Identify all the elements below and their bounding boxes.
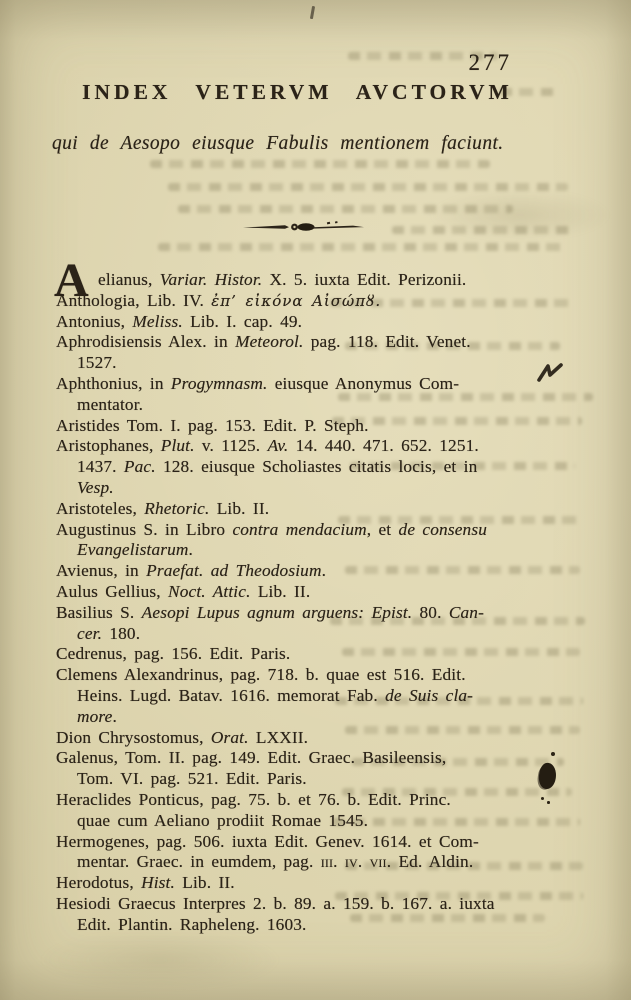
show-through-mark <box>150 160 490 168</box>
text-segment: Avienus, in <box>56 561 146 580</box>
index-line: Cedrenus, pag. 156. Edit. Paris. <box>56 644 578 665</box>
show-through-mark <box>168 183 568 191</box>
index-line: Antonius, Meliss. Lib. I. cap. 49. <box>56 312 578 333</box>
text-segment: Aphthonius, in <box>56 374 171 393</box>
index-line: Hermogenes, pag. 506. iuxta Edit. Genev.… <box>56 832 578 853</box>
index-line: Vesp. <box>56 478 578 499</box>
show-through-mark <box>392 226 572 234</box>
index-line: Aphthonius, in Progymnasm. eiusque Anony… <box>56 374 578 395</box>
text-segment: Lib. II. <box>251 582 311 601</box>
text-segment: Lib. II. <box>175 873 235 892</box>
text-segment: Variar. Histor. <box>160 270 263 289</box>
text-segment: ἐπ’ εἰκόνα Αἰσώπȣ. <box>211 292 381 310</box>
index-line: Aristides Tom. I. pag. 153. Edit. P. Ste… <box>56 416 578 437</box>
text-segment: Can- <box>449 603 484 622</box>
text-segment: X. 5. iuxta Edit. Perizonii. <box>262 270 466 289</box>
text-segment: de consensu <box>399 520 487 539</box>
text-segment: Praefat. ad Theodosium <box>146 561 321 580</box>
index-line: 1437. Pac. 128. eiusque Scholiastes cita… <box>56 457 578 478</box>
index-line: Hesiodi Graecus Interpres 2. b. 89. a. 1… <box>56 894 578 915</box>
text-segment: quae cum Aeliano prodiit Romae 1545. <box>77 811 368 830</box>
text-segment: Aristophanes, <box>56 436 161 455</box>
index-line: Herodotus, Hist. Lib. II. <box>56 873 578 894</box>
index-line: elianus, Variar. Histor. X. 5. iuxta Edi… <box>56 270 578 291</box>
text-segment: Anthologia, Lib. IV. <box>56 291 211 310</box>
index-line: Clemens Alexandrinus, pag. 718. b. quae … <box>56 665 578 686</box>
index-line: Aristophanes, Plut. v. 1125. Av. 14. 440… <box>56 436 578 457</box>
book-page: 277 INDEX VETERVM AVCTORVM qui de Aesopo… <box>0 0 631 1000</box>
text-segment: . <box>112 707 116 726</box>
text-segment: Orat. <box>211 728 249 747</box>
text-segment: Heraclides Ponticus, pag. 75. b. et 76. … <box>56 790 451 809</box>
text-segment: , et <box>367 520 399 539</box>
text-segment: Basilius S. <box>56 603 142 622</box>
text-segment: 14. 440. 471. 652. 1251. <box>288 436 479 455</box>
text-segment: Galenus, Tom. II. pag. 149. Edit. Graec.… <box>56 748 446 767</box>
index-line: 1527. <box>56 353 578 374</box>
text-segment: Augustinus S. in Libro <box>56 520 232 539</box>
ink-speck <box>551 752 555 756</box>
text-segment: Herodotus, <box>56 873 141 892</box>
text-segment: Heins. Lugd. Batav. 1616. memorat Fab. <box>77 686 385 705</box>
text-segment: elianus, <box>98 270 160 289</box>
text-segment: contra mendacium <box>232 520 366 539</box>
stray-mark <box>310 6 315 19</box>
text-segment: 1437. <box>77 457 124 476</box>
index-line: Galenus, Tom. II. pag. 149. Edit. Graec.… <box>56 748 578 769</box>
text-segment: Progymnasm. <box>171 374 268 393</box>
text-segment: Ed. Aldin. <box>391 852 473 871</box>
text-segment: iii. iv. vii. <box>321 852 391 871</box>
text-segment: 80. <box>412 603 449 622</box>
text-segment: LXXII. <box>249 728 309 747</box>
text-segment: pag. 118. Edit. Venet. <box>303 332 470 351</box>
index-line: mentar. Graec. in eumdem, pag. iii. iv. … <box>56 852 578 873</box>
text-segment: Lib. II. <box>209 499 269 518</box>
text-segment: de Suis cla- <box>385 686 473 705</box>
text-segment: Hermogenes, pag. 506. iuxta Edit. Genev.… <box>56 832 479 851</box>
text-segment: Hesiodi Graecus Interpres 2. b. 89. a. 1… <box>56 894 495 913</box>
text-segment: Rhetoric. <box>144 499 209 518</box>
text-segment: mentar. Graec. in eumdem, pag. <box>77 852 321 871</box>
text-segment: Cedrenus, pag. 156. Edit. Paris. <box>56 644 290 663</box>
text-segment: Noct. Attic. <box>168 582 251 601</box>
text-segment: Av. <box>268 436 289 455</box>
ink-smudge <box>536 361 563 384</box>
text-segment <box>364 603 371 622</box>
index-line: Evangelistarum. <box>56 540 578 561</box>
text-segment: Aristides Tom. I. pag. 153. Edit. P. Ste… <box>56 416 369 435</box>
text-segment: cer. <box>77 624 102 643</box>
text-segment: 1527. <box>77 353 117 372</box>
text-segment: Aphrodisiensis Alex. in <box>56 332 235 351</box>
page-number: 277 <box>420 50 512 76</box>
text-segment: Hist. <box>141 873 175 892</box>
text-segment: Aesopi Lupus agnum arguens: <box>142 603 365 622</box>
index-line: Basilius S. Aesopi Lupus agnum arguens: … <box>56 603 578 624</box>
index-line: Dion Chrysostomus, Orat. LXXII. <box>56 728 578 749</box>
index-line: Aristoteles, Rhetoric. Lib. II. <box>56 499 578 520</box>
paper-stain <box>40 930 280 990</box>
text-segment: 128. eiusque Scholiastes citatis locis, … <box>156 457 478 476</box>
text-segment: Clemens Alexandrinus, pag. 718. b. quae … <box>56 665 466 684</box>
text-segment: Epist. <box>372 603 413 622</box>
text-segment: v. 1125. <box>195 436 268 455</box>
text-segment: eiusque Anonymus Com- <box>267 374 459 393</box>
show-through-mark <box>178 205 513 213</box>
text-segment: . <box>189 540 193 559</box>
index-line: Heraclides Ponticus, pag. 75. b. et 76. … <box>56 790 578 811</box>
text-segment: 180. <box>102 624 140 643</box>
text-segment: Meteorol. <box>235 332 303 351</box>
ink-speck <box>541 797 544 800</box>
text-segment: Edit. Plantin. Rapheleng. 1603. <box>77 915 307 934</box>
index-line: Aphrodisiensis Alex. in Meteorol. pag. 1… <box>56 332 578 353</box>
index-line: Augustinus S. in Libro contra mendacium,… <box>56 520 578 541</box>
text-segment: mentator. <box>77 395 143 414</box>
show-through-mark <box>158 243 563 251</box>
text-segment: Dion Chrysostomus, <box>56 728 211 747</box>
page-title: INDEX VETERVM AVCTORVM <box>10 80 585 105</box>
index-line: Heins. Lugd. Batav. 1616. memorat Fab. d… <box>56 686 578 707</box>
index-line: quae cum Aeliano prodiit Romae 1545. <box>56 811 578 832</box>
text-segment: Vesp. <box>77 478 114 497</box>
text-segment: Tom. VI. pag. 521. Edit. Paris. <box>77 769 307 788</box>
index-line: Edit. Plantin. Rapheleng. 1603. <box>56 915 578 936</box>
ink-speck <box>547 801 550 804</box>
index-line: cer. 180. <box>56 624 578 645</box>
text-segment: Meliss. <box>132 312 183 331</box>
index-line: more. <box>56 707 578 728</box>
text-segment: Lib. I. cap. 49. <box>183 312 302 331</box>
text-segment: Aulus Gellius, <box>56 582 168 601</box>
text-segment: Plut. <box>161 436 195 455</box>
text-segment: Pac. <box>124 457 156 476</box>
index-list: elianus, Variar. Histor. X. 5. iuxta Edi… <box>56 270 578 936</box>
index-line: Aulus Gellius, Noct. Attic. Lib. II. <box>56 582 578 603</box>
text-segment: . <box>322 561 326 580</box>
index-line: Anthologia, Lib. IV. ἐπ’ εἰκόνα Αἰσώπȣ. <box>56 291 578 312</box>
text-segment: Evangelistarum <box>77 540 189 559</box>
index-line: Tom. VI. pag. 521. Edit. Paris. <box>56 769 578 790</box>
text-segment: Aristoteles, <box>56 499 144 518</box>
text-segment: more <box>77 707 112 726</box>
index-line: Avienus, in Praefat. ad Theodosium. <box>56 561 578 582</box>
divider-ornament <box>243 219 365 235</box>
subtitle: qui de Aesopo eiusque Fabulis mentionem … <box>52 133 504 155</box>
text-segment: Antonius, <box>56 312 132 331</box>
index-line: mentator. <box>56 395 578 416</box>
